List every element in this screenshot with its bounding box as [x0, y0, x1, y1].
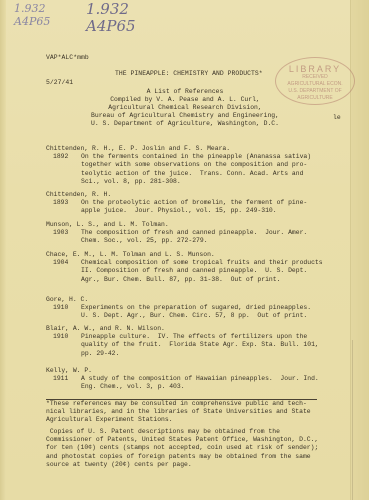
reference-author: Kelly, W. P.: [46, 367, 346, 375]
handwritten-line: A4P65: [86, 18, 136, 35]
footnote-line: *These references may be consulted in co…: [46, 400, 311, 408]
reference-line: U. S. Dept. Agr., Bur. Chem. Circ. 57, 8…: [81, 312, 311, 320]
reference-line: Sci., vol. 8, pp. 281-308.: [81, 178, 311, 186]
memo-date: 5/27/41: [46, 79, 89, 87]
reference-entry: Blair, A. W., and R. N. Wilson. 1910 Pin…: [46, 325, 346, 358]
reference-description: Experiments on the preparation of sugare…: [81, 304, 311, 320]
reference-entry: Kelly, W. P. 1911 A study of the composi…: [46, 367, 346, 392]
reference-line: Chemical composition of some tropical fr…: [81, 259, 323, 267]
paper-crease: [352, 340, 353, 500]
reference-entry: Gore, H. C. 1910 Experiments on the prep…: [46, 296, 346, 321]
reference-entry: Chace, E. M., L. M. Tolman and L. S. Mun…: [46, 251, 346, 284]
compiler-block: A List of References Compiled by V. A. P…: [40, 88, 330, 128]
stamp-title: LIBRARY: [276, 64, 354, 74]
compiled-by: Compiled by V. A. Pease and A. L. Curl,: [40, 96, 330, 104]
footnote-line: Agricultural Experiment Stations.: [46, 416, 311, 424]
reference-line: Eng. Chem., vol. 3, p. 403.: [81, 383, 319, 391]
handwritten-line: 1.932: [86, 1, 136, 18]
reference-line: II. Composition of fresh and canned pine…: [81, 267, 323, 275]
memo-initials: VAP*ALC*mmb: [46, 54, 89, 62]
reference-line: pp. 29-42.: [81, 350, 319, 358]
footnote-line: nical libraries, and in the libraries of…: [46, 408, 311, 416]
reference-line: Chem. Soc., vol. 25, pp. 272-279.: [81, 237, 307, 245]
reference-year: 1911: [46, 375, 81, 391]
patent-note-line: source at twenty (20¢) cents per page.: [46, 461, 318, 469]
handwritten-line: A4P65: [14, 15, 50, 28]
stamp-line: AGRICULTURAL ECON.: [276, 81, 354, 88]
handwritten-call-number-faint: 1.932 A4P65: [14, 2, 50, 28]
reference-line: Agr., Bur. Chem. Bull. 87, pp. 31-38. Ou…: [81, 276, 323, 284]
reference-year: 1910: [46, 304, 81, 320]
division: Agricultural Chemical Research Division,: [40, 104, 330, 112]
stray-mark: le: [333, 114, 341, 121]
reference-line: Experiments on the preparation of sugare…: [81, 304, 311, 312]
handwritten-line: 1.932: [14, 2, 50, 15]
patent-note-line: Copies of U. S. Patent descriptions may …: [46, 428, 318, 436]
reference-line: The composition of fresh and canned pine…: [81, 229, 307, 237]
reference-line: A study of the composition of Hawaiian p…: [81, 375, 319, 383]
page-left-edge: [0, 0, 6, 500]
reference-author: Chace, E. M., L. M. Tolman and L. S. Mun…: [46, 251, 346, 259]
reference-description: Chemical composition of some tropical fr…: [81, 259, 323, 284]
reference-author: Chittenden, R. H.: [46, 191, 346, 199]
reference-author: Gore, H. C.: [46, 296, 346, 304]
reference-line: apple juice. Jour. Physiol., vol. 15, pp…: [81, 207, 307, 215]
patent-note-line: and photostat copies of foreign patents …: [46, 453, 318, 461]
reference-author: Chittenden, R. H., E. P. Joslin and F. S…: [46, 145, 346, 153]
reference-description: A study of the composition of Hawaiian p…: [81, 375, 319, 391]
reference-line: quality of the fruit. Florida State Agr.…: [81, 341, 319, 349]
bureau: Bureau of Agricultural Chemistry and Eng…: [40, 112, 330, 120]
reference-year: 1893: [46, 199, 81, 215]
reference-description: On the ferments contained in the pineapp…: [81, 153, 311, 186]
reference-year: 1910: [46, 333, 81, 358]
handwritten-call-number: 1.932 A4P65: [86, 1, 136, 35]
reference-entry: Munson, L. S., and L. M. Tolman. 1903 Th…: [46, 221, 346, 246]
reference-line: together with some observations on the c…: [81, 161, 311, 169]
reference-year: 1892: [46, 153, 81, 186]
reference-description: On the proteolytic action of bromelin, t…: [81, 199, 307, 215]
document-page: 1.932 A4P65 1.932 A4P65 LIBRARY RECEIVED…: [0, 0, 369, 500]
reference-entry: Chittenden, R. H., E. P. Joslin and F. S…: [46, 145, 346, 186]
reference-line: On the ferments contained in the pineapp…: [81, 153, 311, 161]
document-title: THE PINEAPPLE: CHEMISTRY AND PRODUCTS*: [115, 70, 263, 78]
reference-author: Munson, L. S., and L. M. Tolman.: [46, 221, 346, 229]
footnote: *These references may be consulted in co…: [46, 400, 311, 425]
stamp-line: RECEIVED: [276, 74, 354, 81]
patent-note-line: Commissioner of Patents, United States P…: [46, 436, 318, 444]
department: U. S. Department of Agriculture, Washing…: [40, 120, 330, 128]
reference-description: The composition of fresh and canned pine…: [81, 229, 307, 245]
reference-line: teolytic action of the juice. Trans. Con…: [81, 170, 311, 178]
patent-copies-note: Copies of U. S. Patent descriptions may …: [46, 428, 318, 469]
reference-year: 1903: [46, 229, 81, 245]
reference-entry: Chittenden, R. H. 1893 On the proteolyti…: [46, 191, 346, 216]
reference-line: On the proteolytic action of bromelin, t…: [81, 199, 307, 207]
reference-description: Pineapple culture. IV. The effects of fe…: [81, 333, 319, 358]
reference-line: Pineapple culture. IV. The effects of fe…: [81, 333, 319, 341]
patent-note-line: for ten (10¢) cents (stamps not accepted…: [46, 444, 318, 452]
document-subtitle: A List of References: [40, 88, 330, 96]
reference-year: 1904: [46, 259, 81, 284]
reference-author: Blair, A. W., and R. N. Wilson.: [46, 325, 346, 333]
